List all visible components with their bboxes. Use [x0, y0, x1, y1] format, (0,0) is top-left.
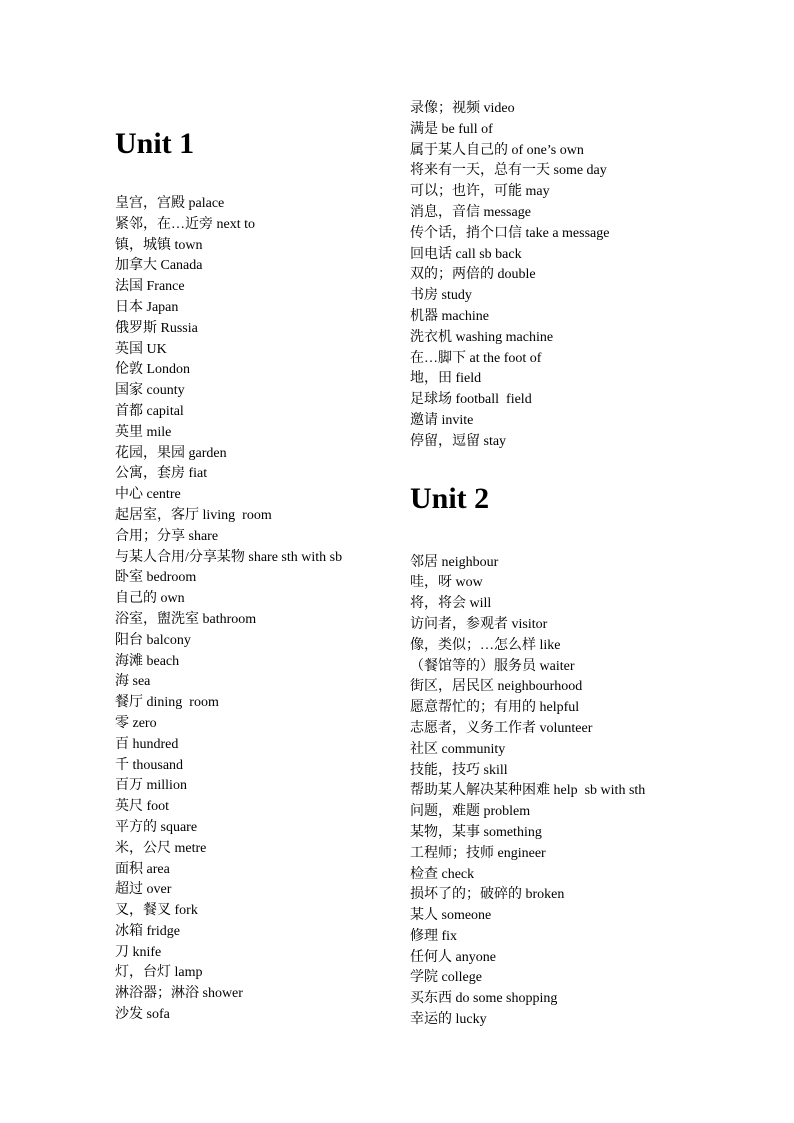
vocab-item: 镇，城镇 town [115, 236, 407, 257]
vocab-item: 自己的 own [115, 589, 407, 610]
vocab-item: 修理 fix [410, 927, 755, 948]
vocab-item: 米，公尺 metre [115, 839, 407, 860]
vocab-item: 阳台 balcony [115, 631, 407, 652]
vocab-item: 某物，某事 something [410, 823, 755, 844]
vocab-item: 检查 check [410, 865, 755, 886]
vocab-item: 某人 someone [410, 906, 755, 927]
vocab-item: 满是 be full of [410, 120, 755, 141]
vocab-item: 将，将会 will [410, 594, 755, 615]
vocab-item: 街区，居民区 neighbourhood [410, 677, 755, 698]
vocab-item: 志愿者，义务工作者 volunteer [410, 719, 755, 740]
vocab-item: 问题，难题 problem [410, 802, 755, 823]
vocab-item: 花园，果园 garden [115, 444, 407, 465]
unit1-vocab-list-left: 皇宫，宫殿 palace紧邻，在…近旁 next to镇，城镇 town加拿大 … [115, 194, 407, 1026]
vocab-item: 海滩 beach [115, 652, 407, 673]
vocab-item: 千 thousand [115, 756, 407, 777]
vocab-item: 录像；视频 video [410, 99, 755, 120]
vocab-item: 首都 capital [115, 402, 407, 423]
vocab-item: 淋浴器；淋浴 shower [115, 984, 407, 1005]
vocab-item: 平方的 square [115, 818, 407, 839]
right-column: 录像；视频 video满是 be full of属于某人自己的 of one’s… [410, 99, 755, 1031]
left-column: Unit 1 皇宫，宫殿 palace紧邻，在…近旁 next to镇，城镇 t… [115, 128, 407, 1026]
vocab-item: 合用；分享 share [115, 527, 407, 548]
vocab-item: 浴室，盥洗室 bathroom [115, 610, 407, 631]
vocab-item: 社区 community [410, 740, 755, 761]
vocab-item: 工程师；技师 engineer [410, 844, 755, 865]
vocab-item: 消息，音信 message [410, 203, 755, 224]
document-page: Unit 1 皇宫，宫殿 palace紧邻，在…近旁 next to镇，城镇 t… [0, 0, 794, 1123]
vocab-item: 叉，餐叉 fork [115, 901, 407, 922]
vocab-item: 传个话，捎个口信 take a message [410, 224, 755, 245]
vocab-item: 回电话 call sb back [410, 245, 755, 266]
vocab-item: 双的；两倍的 double [410, 265, 755, 286]
vocab-item: 与某人合用/分享某物 share sth with sb [115, 548, 407, 569]
vocab-item: 紧邻，在…近旁 next to [115, 215, 407, 236]
vocab-item: 洗衣机 washing machine [410, 328, 755, 349]
vocab-item: 停留，逗留 stay [410, 432, 755, 453]
vocab-item: 买东西 do some shopping [410, 989, 755, 1010]
vocab-item: 帮助某人解决某种困难 help sb with sth [410, 781, 755, 802]
vocab-item: 访问者，参观者 visitor [410, 615, 755, 636]
vocab-item: 百万 million [115, 776, 407, 797]
vocab-item: 刀 knife [115, 943, 407, 964]
vocab-item: 足球场 football field [410, 390, 755, 411]
vocab-item: 中心 centre [115, 485, 407, 506]
vocab-item: 任何人 anyone [410, 948, 755, 969]
vocab-item: 像，类似；…怎么样 like [410, 636, 755, 657]
vocab-item: 书房 study [410, 286, 755, 307]
vocab-item: 损坏了的；破碎的 broken [410, 885, 755, 906]
vocab-item: 起居室，客厅 living room [115, 506, 407, 527]
unit1-heading: Unit 1 [115, 128, 407, 160]
vocab-item: 冰箱 fridge [115, 922, 407, 943]
vocab-item: 英尺 foot [115, 797, 407, 818]
vocab-item: 伦敦 London [115, 360, 407, 381]
vocab-item: 超过 over [115, 880, 407, 901]
vocab-item: 零 zero [115, 714, 407, 735]
vocab-item: 可以；也许，可能 may [410, 182, 755, 203]
vocab-item: 邀请 invite [410, 411, 755, 432]
vocab-item: 日本 Japan [115, 298, 407, 319]
vocab-item: 机器 machine [410, 307, 755, 328]
unit2-heading: Unit 2 [410, 483, 755, 515]
vocab-item: 愿意帮忙的；有用的 helpful [410, 698, 755, 719]
vocab-item: 灯，台灯 lamp [115, 963, 407, 984]
vocab-item: 海 sea [115, 672, 407, 693]
vocab-item: 皇宫，宫殿 palace [115, 194, 407, 215]
vocab-item: 邻居 neighbour [410, 553, 755, 574]
vocab-item: 英里 mile [115, 423, 407, 444]
vocab-item: （餐馆等的）服务员 waiter [410, 657, 755, 678]
vocab-item: 哇，呀 wow [410, 573, 755, 594]
vocab-item: 在…脚下 at the foot of [410, 349, 755, 370]
vocab-item: 将来有一天，总有一天 some day [410, 161, 755, 182]
vocab-item: 幸运的 lucky [410, 1010, 755, 1031]
unit2-vocab-list: 邻居 neighbour哇，呀 wow将，将会 will访问者，参观者 visi… [410, 553, 755, 1031]
vocab-item: 地，田 field [410, 369, 755, 390]
unit1-vocab-list-right: 录像；视频 video满是 be full of属于某人自己的 of one’s… [410, 99, 755, 453]
vocab-item: 法国 France [115, 277, 407, 298]
vocab-item: 面积 area [115, 860, 407, 881]
vocab-item: 沙发 sofa [115, 1005, 407, 1026]
vocab-item: 国家 county [115, 381, 407, 402]
vocab-item: 技能，技巧 skill [410, 761, 755, 782]
vocab-item: 英国 UK [115, 340, 407, 361]
vocab-item: 学院 college [410, 968, 755, 989]
vocab-item: 百 hundred [115, 735, 407, 756]
vocab-item: 卧室 bedroom [115, 568, 407, 589]
vocab-item: 加拿大 Canada [115, 256, 407, 277]
vocab-item: 属于某人自己的 of one’s own [410, 141, 755, 162]
vocab-item: 公寓，套房 fiat [115, 464, 407, 485]
vocab-item: 餐厅 dining room [115, 693, 407, 714]
vocab-item: 俄罗斯 Russia [115, 319, 407, 340]
